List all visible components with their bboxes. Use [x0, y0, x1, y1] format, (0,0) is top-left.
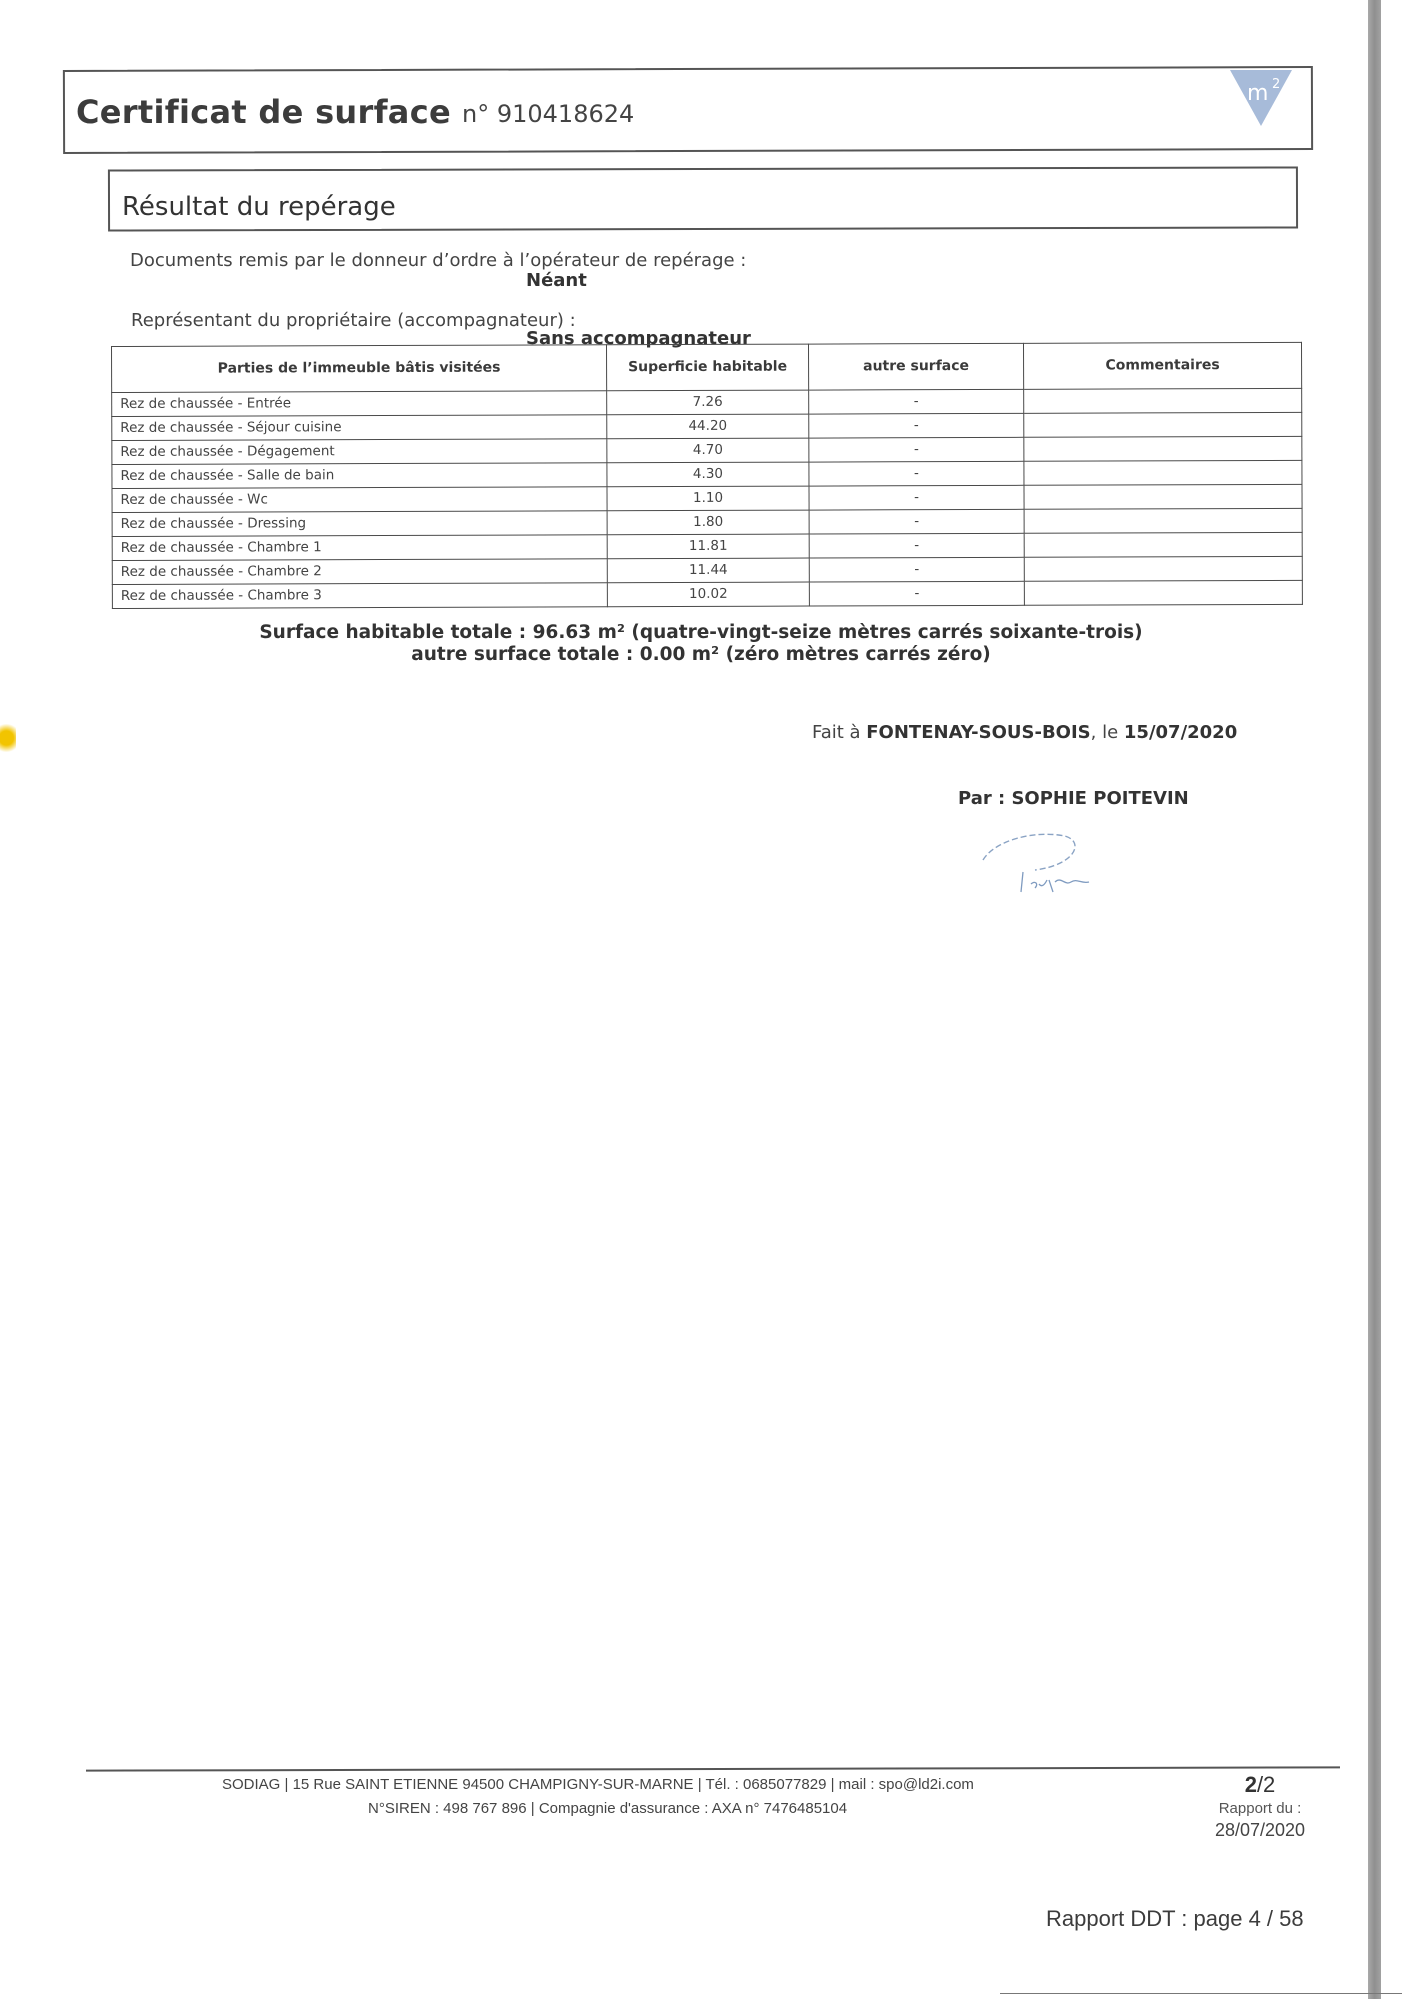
cell-part: Rez de chaussée - Entrée	[112, 391, 607, 417]
bottom-divider	[1000, 1993, 1402, 1994]
footer-divider	[86, 1766, 1340, 1771]
cell-comment	[1024, 508, 1302, 533]
report-date: 28/07/2020	[1200, 1820, 1320, 1841]
cell-other: -	[809, 413, 1024, 438]
total-habitable: Surface habitable totale : 96.63 m² (qua…	[0, 622, 1402, 643]
cell-habitable: 11.81	[607, 534, 809, 559]
cell-habitable: 4.70	[607, 438, 809, 463]
document-title: Certificat de surface	[76, 93, 451, 131]
cell-comment	[1024, 460, 1302, 485]
header-habitable: Superficie habitable	[606, 344, 808, 391]
date-prefix: , le	[1091, 722, 1124, 743]
cell-part: Rez de chaussée - Salle de bain	[112, 463, 607, 489]
cell-habitable: 4.30	[607, 462, 809, 487]
cell-comment	[1024, 436, 1302, 461]
handwritten-signature	[975, 820, 1125, 900]
cell-other: -	[809, 581, 1024, 606]
signed-by: Par : SOPHIE POITEVIN	[958, 788, 1189, 809]
page-total: /2	[1257, 1772, 1275, 1797]
signed-city: FONTENAY-SOUS-BOIS	[866, 722, 1090, 743]
table-header-row: Parties de l’immeuble bâtis visitées Sup…	[112, 342, 1302, 392]
cell-part: Rez de chaussée - Chambre 3	[112, 583, 607, 609]
signed-at: Fait à FONTENAY-SOUS-BOIS, le 15/07/2020	[812, 722, 1237, 743]
ddt-page-number: Rapport DDT : page 4 / 58	[1046, 1906, 1304, 1932]
certificate-number: n° 910418624	[462, 100, 634, 128]
svg-text:m: m	[1247, 81, 1268, 106]
cell-comment	[1024, 412, 1302, 437]
fait-prefix: Fait à	[812, 722, 866, 743]
table-row: Rez de chaussée - Chambre 310.02-	[112, 580, 1302, 608]
cell-habitable: 44.20	[607, 414, 809, 439]
total-other: autre surface totale : 0.00 m² (zéro mèt…	[0, 644, 1402, 665]
cell-other: -	[809, 485, 1024, 510]
scan-speck	[0, 720, 16, 756]
section-title: Résultat du repérage	[122, 192, 396, 222]
cell-part: Rez de chaussée - Séjour cuisine	[112, 415, 607, 441]
surface-table: Parties de l’immeuble bâtis visitées Sup…	[111, 342, 1303, 609]
cell-part: Rez de chaussée - Chambre 2	[112, 559, 607, 585]
cell-part: Rez de chaussée - Dressing	[112, 511, 607, 537]
report-label: Rapport du :	[1200, 1800, 1320, 1817]
header-other: autre surface	[808, 343, 1023, 390]
cell-habitable: 11.44	[607, 558, 809, 583]
cell-part: Rez de chaussée - Wc	[112, 487, 607, 513]
representative-label: Représentant du propriétaire (accompagna…	[131, 310, 576, 331]
cell-comment	[1024, 556, 1302, 581]
cell-comment	[1024, 532, 1302, 557]
cell-habitable: 10.02	[607, 582, 809, 607]
cell-comment	[1024, 388, 1302, 413]
cell-comment	[1024, 580, 1302, 605]
m2-logo-icon: m 2	[1228, 66, 1294, 128]
header-comments: Commentaires	[1023, 342, 1301, 389]
signed-date: 15/07/2020	[1124, 722, 1237, 743]
documents-label: Documents remis par le donneur d’ordre à…	[130, 250, 746, 271]
header-parts: Parties de l’immeuble bâtis visitées	[112, 345, 607, 393]
cell-habitable: 1.80	[607, 510, 809, 535]
cell-part: Rez de chaussée - Dégagement	[112, 439, 607, 465]
svg-text:2: 2	[1272, 77, 1280, 92]
cell-other: -	[809, 437, 1024, 462]
cell-habitable: 1.10	[607, 486, 809, 511]
page-fraction: 2/2	[1200, 1772, 1320, 1798]
cell-other: -	[809, 461, 1024, 486]
cell-habitable: 7.26	[607, 390, 809, 415]
cell-other: -	[809, 557, 1024, 582]
cell-other: -	[809, 389, 1024, 414]
page-current: 2	[1245, 1772, 1257, 1797]
documents-value: Néant	[526, 270, 587, 291]
cell-part: Rez de chaussée - Chambre 1	[112, 535, 607, 561]
cell-other: -	[809, 509, 1024, 534]
cell-other: -	[809, 533, 1024, 558]
cell-comment	[1024, 484, 1302, 509]
scan-edge	[1368, 0, 1381, 1999]
